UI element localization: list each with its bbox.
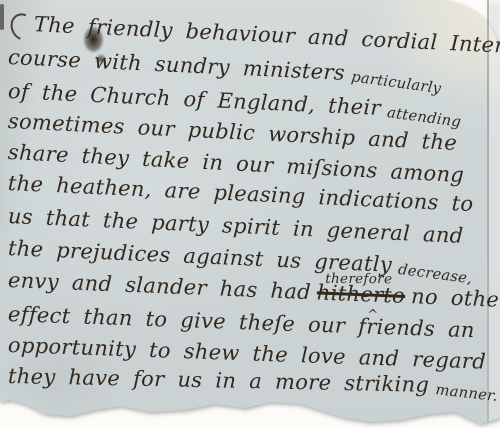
manuscript-page: The friendly behaviour and cordial Inter… bbox=[0, 0, 500, 428]
manuscript-photo: The friendly behaviour and cordial Inter… bbox=[0, 0, 500, 428]
left-edge-smudge bbox=[0, 4, 4, 30]
line-text: no other bbox=[411, 284, 500, 312]
page-shadow-wrap: The friendly behaviour and cordial Inter… bbox=[0, 0, 500, 428]
correction-wrap: hithertotherefore^ bbox=[316, 279, 405, 309]
line-text: course with sundry ministers bbox=[8, 45, 346, 85]
line-tail-text: manner. bbox=[434, 377, 499, 410]
inserted-word: therefore bbox=[325, 266, 392, 292]
